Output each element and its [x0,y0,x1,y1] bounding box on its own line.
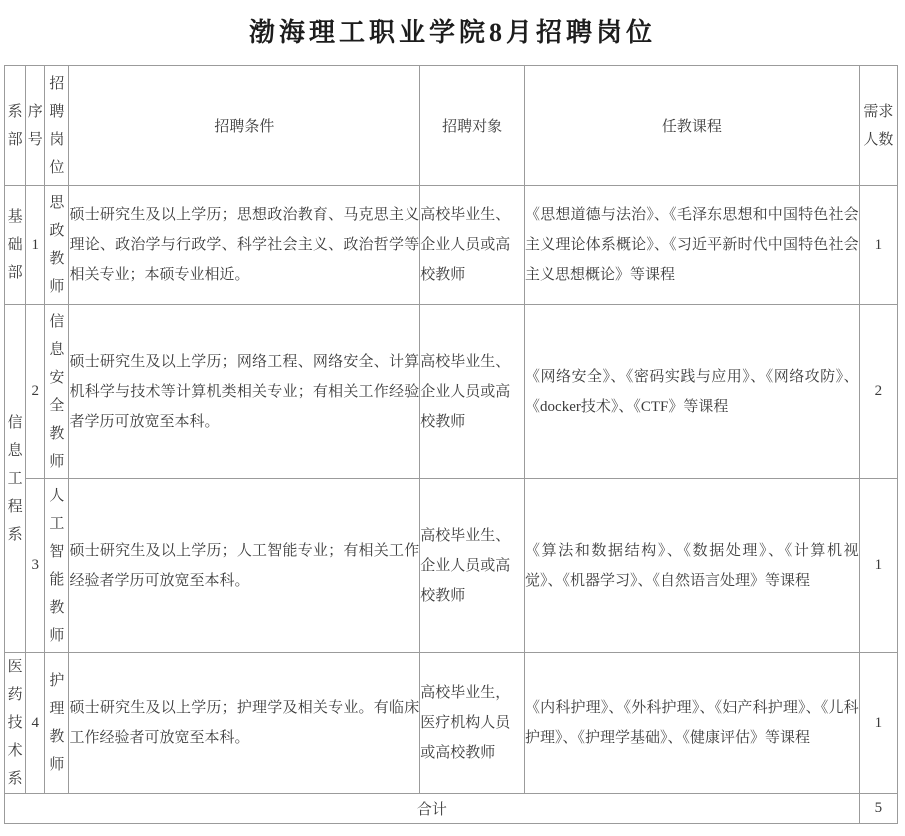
cell-requirements: 硕士研究生及以上学历；网络工程、网络安全、计算机科学与技术等计算机类相关专业；有… [69,305,420,479]
cell-dept: 医药技术系 [5,653,26,794]
recruitment-table: 系部 序号 招聘岗位 招聘条件 招聘对象 任教课程 需求人数 基础部 1 思政教… [4,65,898,824]
cell-target: 高校毕业生，医疗机构人员或高校教师 [420,653,525,794]
cell-dept: 信息工程系 [5,305,26,653]
cell-headcount: 1 [859,653,897,794]
footer-total-label: 合计 [5,794,860,824]
table-row: 3 人工智能教师 硕士研究生及以上学历；人工智能专业；有相关工作经验者学历可放宽… [5,479,898,653]
cell-no: 1 [26,186,45,305]
cell-headcount: 1 [859,479,897,653]
table-footer-row: 合计 5 [5,794,898,824]
cell-position: 信息安全教师 [45,305,69,479]
cell-requirements: 硕士研究生及以上学历；人工智能专业；有相关工作经验者学历可放宽至本科。 [69,479,420,653]
column-header-position: 招聘岗位 [45,66,69,186]
cell-requirements: 硕士研究生及以上学历；护理学及相关专业。有临床工作经验者可放宽至本科。 [69,653,420,794]
cell-position: 思政教师 [45,186,69,305]
column-header-headcount: 需求人数 [859,66,897,186]
cell-position: 护理教师 [45,653,69,794]
cell-courses: 《算法和数据结构》、《数据处理》、《计算机视觉》、《机器学习》、《自然语言处理》… [525,479,860,653]
document-page: 渤海理工职业学院8月招聘岗位 系部 序号 招聘岗位 招聘条件 招聘对象 任教课程… [0,0,905,836]
cell-no: 3 [26,479,45,653]
table-row: 基础部 1 思政教师 硕士研究生及以上学历；思想政治教育、马克思主义理论、政治学… [5,186,898,305]
cell-headcount: 2 [859,305,897,479]
cell-requirements: 硕士研究生及以上学历；思想政治教育、马克思主义理论、政治学与行政学、科学社会主义… [69,186,420,305]
column-header-no: 序号 [26,66,45,186]
column-header-requirements: 招聘条件 [69,66,420,186]
column-header-target: 招聘对象 [420,66,525,186]
table-row: 医药技术系 4 护理教师 硕士研究生及以上学历；护理学及相关专业。有临床工作经验… [5,653,898,794]
cell-no: 2 [26,305,45,479]
cell-position: 人工智能教师 [45,479,69,653]
footer-total-value: 5 [859,794,897,824]
cell-courses: 《思想道德与法治》、《毛泽东思想和中国特色社会主义理论体系概论》、《习近平新时代… [525,186,860,305]
cell-courses: 《内科护理》、《外科护理》、《妇产科护理》、《儿科护理》、《护理学基础》、《健康… [525,653,860,794]
cell-target: 高校毕业生、企业人员或高校教师 [420,479,525,653]
page-title: 渤海理工职业学院8月招聘岗位 [0,0,905,50]
cell-dept: 基础部 [5,186,26,305]
table-row: 信息工程系 2 信息安全教师 硕士研究生及以上学历；网络工程、网络安全、计算机科… [5,305,898,479]
column-header-courses: 任教课程 [525,66,860,186]
table-header-row: 系部 序号 招聘岗位 招聘条件 招聘对象 任教课程 需求人数 [5,66,898,186]
cell-no: 4 [26,653,45,794]
cell-headcount: 1 [859,186,897,305]
cell-target: 高校毕业生、企业人员或高校教师 [420,305,525,479]
cell-courses: 《网络安全》、《密码实践与应用》、《网络攻防》、《docker技术》、《CTF》… [525,305,860,479]
column-header-dept: 系部 [5,66,26,186]
cell-target: 高校毕业生、企业人员或高校教师 [420,186,525,305]
